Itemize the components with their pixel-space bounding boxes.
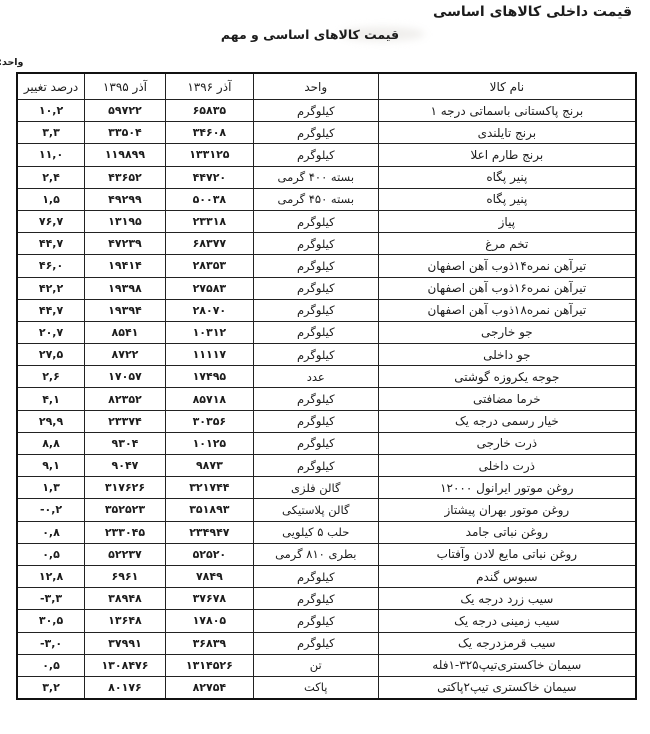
- table-row: ذرت خارجی کیلوگرم ۱۰۱۲۵ ۹۳۰۴ ۸,۸: [17, 432, 636, 454]
- cell-product-name: تیرآهن نمره۱۴ذوب آهن اصفهان: [378, 255, 636, 277]
- cell-price-azar-1396: ۲۷۵۸۳: [165, 277, 253, 299]
- table-row: سیب قرمزدرجه یک کیلوگرم ۳۶۸۳۹ ۳۷۹۹۱ -۳,۰: [17, 632, 636, 654]
- table-row: برنج تایلندی کیلوگرم ۳۴۶۰۸ ۳۳۵۰۴ ۳,۳: [17, 122, 636, 144]
- cell-price-azar-1395: ۲۳۳۰۴۵: [85, 521, 166, 543]
- unit-note: واحد: ریال: [0, 57, 54, 68]
- page-subtitle: قیمت کالاهای اساسی و مهم: [0, 27, 620, 42]
- cell-unit: کیلوگرم: [253, 122, 378, 144]
- cell-price-azar-1395: ۱۹۳۹۸: [85, 277, 166, 299]
- cell-price-azar-1395: ۸۲۳۵۲: [85, 388, 166, 410]
- cell-unit: کیلوگرم: [253, 610, 378, 632]
- cell-price-azar-1395: ۳۱۷۶۲۶: [85, 477, 166, 499]
- cell-product-name: سیمان خاکستری تیپ۲پاکتی: [378, 676, 636, 699]
- cell-unit: بطری ۸۱۰ گرمی: [253, 543, 378, 565]
- cell-product-name: برنج طارم اعلا: [378, 144, 636, 166]
- cell-price-azar-1395: ۸۵۴۱: [85, 321, 166, 343]
- cell-percent-change: ۲,۶: [17, 366, 85, 388]
- cell-price-azar-1395: ۹۰۴۷: [85, 455, 166, 477]
- cell-product-name: جوجه یکروزه گوشتی: [378, 366, 636, 388]
- cell-unit: کیلوگرم: [253, 565, 378, 587]
- cell-price-azar-1396: ۷۸۴۹: [165, 565, 253, 587]
- cell-price-azar-1396: ۱۰۳۱۲: [165, 321, 253, 343]
- cell-price-azar-1396: ۹۸۷۳: [165, 455, 253, 477]
- cell-percent-change: ۹,۱: [17, 455, 85, 477]
- cell-price-azar-1396: ۴۴۷۲۰: [165, 166, 253, 188]
- cell-price-azar-1395: ۸۷۲۲: [85, 344, 166, 366]
- cell-product-name: جو خارجی: [378, 321, 636, 343]
- price-table: نام کالا واحد آذر ۱۳۹۶ آذر ۱۳۹۵ درصد تغی…: [16, 72, 637, 700]
- cell-product-name: تخم مرغ: [378, 233, 636, 255]
- cell-unit: کیلوگرم: [253, 344, 378, 366]
- cell-price-azar-1396: ۳۰۳۵۶: [165, 410, 253, 432]
- table-row: جو داخلی کیلوگرم ۱۱۱۱۷ ۸۷۲۲ ۲۷,۵: [17, 344, 636, 366]
- cell-unit: کیلوگرم: [253, 100, 378, 122]
- cell-percent-change: ۰,۵: [17, 543, 85, 565]
- cell-price-azar-1395: ۱۳۶۴۸: [85, 610, 166, 632]
- cell-price-azar-1396: ۳۵۱۸۹۳: [165, 499, 253, 521]
- table-row: خیار رسمی درجه یک کیلوگرم ۳۰۳۵۶ ۲۳۳۷۴ ۲۹…: [17, 410, 636, 432]
- cell-product-name: روغن نباتی جامد: [378, 521, 636, 543]
- table-row: روغن موتور بهران پیشتاز گالن پلاستیکی ۳۵…: [17, 499, 636, 521]
- cell-price-azar-1396: ۱۳۳۱۲۵: [165, 144, 253, 166]
- cell-price-azar-1396: ۲۳۳۱۸: [165, 210, 253, 232]
- cell-price-azar-1396: ۸۵۷۱۸: [165, 388, 253, 410]
- cell-product-name: روغن نباتی مایع لادن وآفتاب: [378, 543, 636, 565]
- cell-unit: گالن پلاستیکی: [253, 499, 378, 521]
- cell-percent-change: ۲۷,۵: [17, 344, 85, 366]
- cell-price-azar-1396: ۳۲۱۷۴۴: [165, 477, 253, 499]
- table-row: روغن نباتی مایع لادن وآفتاب بطری ۸۱۰ گرم…: [17, 543, 636, 565]
- cell-unit: کیلوگرم: [253, 210, 378, 232]
- table-row: پنیر پگاه بسته ۴۰۰ گرمی ۴۴۷۲۰ ۴۳۶۵۲ ۲,۴: [17, 166, 636, 188]
- cell-price-azar-1396: ۱۱۱۱۷: [165, 344, 253, 366]
- cell-product-name: روغن موتور بهران پیشتاز: [378, 499, 636, 521]
- cell-unit: بسته ۴۵۰ گرمی: [253, 188, 378, 210]
- cell-unit: کیلوگرم: [253, 432, 378, 454]
- cell-percent-change: -۳,۰: [17, 632, 85, 654]
- cell-price-azar-1396: ۲۸۳۵۳: [165, 255, 253, 277]
- table-row: برنج پاکستانی باسماتی درجه ۱ کیلوگرم ۶۵۸…: [17, 100, 636, 122]
- cell-percent-change: ۰,۵: [17, 654, 85, 676]
- cell-price-azar-1395: ۱۳۱۹۵: [85, 210, 166, 232]
- cell-percent-change: ۱۰,۲: [17, 100, 85, 122]
- cell-unit: کیلوگرم: [253, 388, 378, 410]
- cell-percent-change: ۳,۲: [17, 676, 85, 699]
- cell-price-azar-1395: ۱۱۹۸۹۹: [85, 144, 166, 166]
- cell-percent-change: ۱۱,۰: [17, 144, 85, 166]
- cell-percent-change: ۲,۴: [17, 166, 85, 188]
- table-body: برنج پاکستانی باسماتی درجه ۱ کیلوگرم ۶۵۸…: [17, 100, 636, 700]
- cell-percent-change: ۱,۳: [17, 477, 85, 499]
- cell-percent-change: ۳,۳: [17, 122, 85, 144]
- table-row: سیب زمینی درجه یک کیلوگرم ۱۷۸۰۵ ۱۳۶۴۸ ۳۰…: [17, 610, 636, 632]
- table-row: خرما مضافتی کیلوگرم ۸۵۷۱۸ ۸۲۳۵۲ ۴,۱: [17, 388, 636, 410]
- cell-unit: کیلوگرم: [253, 632, 378, 654]
- cell-unit: کیلوگرم: [253, 233, 378, 255]
- table-row: روغن موتور ایرانول ۱۲۰۰۰ گالن فلزی ۳۲۱۷۴…: [17, 477, 636, 499]
- cell-price-azar-1395: ۳۷۹۹۱: [85, 632, 166, 654]
- cell-price-azar-1396: ۱۷۸۰۵: [165, 610, 253, 632]
- col-header-azar-1396: آذر ۱۳۹۶: [165, 73, 253, 100]
- cell-percent-change: -۳,۳: [17, 588, 85, 610]
- cell-price-azar-1395: ۳۳۵۰۴: [85, 122, 166, 144]
- cell-product-name: پیاز: [378, 210, 636, 232]
- cell-price-azar-1396: ۶۸۳۷۷: [165, 233, 253, 255]
- cell-unit: حلب ۵ کیلویی: [253, 521, 378, 543]
- cell-product-name: جو داخلی: [378, 344, 636, 366]
- table-row: تیرآهن نمره۱۸ذوب آهن اصفهان کیلوگرم ۲۸۰۷…: [17, 299, 636, 321]
- cell-price-azar-1396: ۱۰۱۲۵: [165, 432, 253, 454]
- cell-percent-change: ۴۴,۷: [17, 233, 85, 255]
- cell-product-name: ذرت خارجی: [378, 432, 636, 454]
- table-row: سیمان خاکستری‌تیپ۳۲۵-۱فله تن ۱۳۱۴۵۲۶ ۱۳۰…: [17, 654, 636, 676]
- cell-product-name: تیرآهن نمره۱۶ذوب آهن اصفهان: [378, 277, 636, 299]
- cell-unit: کیلوگرم: [253, 255, 378, 277]
- page-title: قیمت داخلی کالاهای اساسی: [433, 4, 632, 20]
- cell-price-azar-1396: ۳۴۶۰۸: [165, 122, 253, 144]
- cell-product-name: پنیر پگاه: [378, 188, 636, 210]
- cell-price-azar-1396: ۱۳۱۴۵۲۶: [165, 654, 253, 676]
- cell-percent-change: ۸,۸: [17, 432, 85, 454]
- cell-product-name: سیب زمینی درجه یک: [378, 610, 636, 632]
- cell-product-name: تیرآهن نمره۱۸ذوب آهن اصفهان: [378, 299, 636, 321]
- table-row: سیب زرد درجه یک کیلوگرم ۳۷۶۷۸ ۳۸۹۴۸ -۳,۳: [17, 588, 636, 610]
- cell-percent-change: -۰,۲: [17, 499, 85, 521]
- col-header-product-name: نام کالا: [378, 73, 636, 100]
- cell-percent-change: ۴۶,۰: [17, 255, 85, 277]
- cell-unit: تن: [253, 654, 378, 676]
- cell-percent-change: ۴,۱: [17, 388, 85, 410]
- cell-unit: کیلوگرم: [253, 321, 378, 343]
- cell-price-azar-1396: ۵۲۵۲۰: [165, 543, 253, 565]
- cell-price-azar-1396: ۵۰۰۳۸: [165, 188, 253, 210]
- cell-product-name: خیار رسمی درجه یک: [378, 410, 636, 432]
- cell-unit: کیلوگرم: [253, 299, 378, 321]
- cell-price-azar-1395: ۴۷۲۳۹: [85, 233, 166, 255]
- document-page: قیمت داخلی کالاهای اساسی قیمت کالاهای اس…: [0, 0, 650, 734]
- cell-percent-change: ۴۴,۷: [17, 299, 85, 321]
- cell-product-name: پنیر پگاه: [378, 166, 636, 188]
- cell-product-name: ذرت داخلی: [378, 455, 636, 477]
- cell-price-azar-1395: ۱۹۴۱۴: [85, 255, 166, 277]
- cell-unit: پاکت: [253, 676, 378, 699]
- col-header-unit: واحد: [253, 73, 378, 100]
- col-header-azar-1395: آذر ۱۳۹۵: [85, 73, 166, 100]
- cell-product-name: سیب قرمزدرجه یک: [378, 632, 636, 654]
- cell-percent-change: ۴۲,۲: [17, 277, 85, 299]
- cell-percent-change: ۳۰,۵: [17, 610, 85, 632]
- cell-price-azar-1395: ۲۳۳۷۴: [85, 410, 166, 432]
- cell-unit: عدد: [253, 366, 378, 388]
- cell-product-name: سیب زرد درجه یک: [378, 588, 636, 610]
- cell-price-azar-1395: ۱۷۰۵۷: [85, 366, 166, 388]
- table-row: ذرت داخلی کیلوگرم ۹۸۷۳ ۹۰۴۷ ۹,۱: [17, 455, 636, 477]
- cell-unit: کیلوگرم: [253, 455, 378, 477]
- cell-unit: کیلوگرم: [253, 588, 378, 610]
- cell-price-azar-1395: ۴۹۲۹۹: [85, 188, 166, 210]
- table-row: جوجه یکروزه گوشتی عدد ۱۷۴۹۵ ۱۷۰۵۷ ۲,۶: [17, 366, 636, 388]
- cell-percent-change: ۱۲,۸: [17, 565, 85, 587]
- col-header-percent-change: درصد تغییر: [17, 73, 85, 100]
- cell-unit: بسته ۴۰۰ گرمی: [253, 166, 378, 188]
- cell-product-name: برنج تایلندی: [378, 122, 636, 144]
- cell-price-azar-1395: ۱۳۰۸۴۷۶: [85, 654, 166, 676]
- cell-percent-change: ۲۰,۷: [17, 321, 85, 343]
- cell-price-azar-1395: ۸۰۱۷۶: [85, 676, 166, 699]
- cell-price-azar-1396: ۳۷۶۷۸: [165, 588, 253, 610]
- cell-price-azar-1395: ۹۳۰۴: [85, 432, 166, 454]
- cell-product-name: سبوس گندم: [378, 565, 636, 587]
- cell-product-name: روغن موتور ایرانول ۱۲۰۰۰: [378, 477, 636, 499]
- cell-price-azar-1396: ۲۳۴۹۴۷: [165, 521, 253, 543]
- table-row: پنیر پگاه بسته ۴۵۰ گرمی ۵۰۰۳۸ ۴۹۲۹۹ ۱,۵: [17, 188, 636, 210]
- cell-percent-change: ۲۹,۹: [17, 410, 85, 432]
- cell-percent-change: ۱,۵: [17, 188, 85, 210]
- table-header-row: نام کالا واحد آذر ۱۳۹۶ آذر ۱۳۹۵ درصد تغی…: [17, 73, 636, 100]
- table-row: برنج طارم اعلا کیلوگرم ۱۳۳۱۲۵ ۱۱۹۸۹۹ ۱۱,…: [17, 144, 636, 166]
- cell-percent-change: ۰,۸: [17, 521, 85, 543]
- table-row: پیاز کیلوگرم ۲۳۳۱۸ ۱۳۱۹۵ ۷۶,۷: [17, 210, 636, 232]
- cell-price-azar-1395: ۶۹۶۱: [85, 565, 166, 587]
- cell-product-name: سیمان خاکستری‌تیپ۳۲۵-۱فله: [378, 654, 636, 676]
- cell-price-azar-1395: ۱۹۳۹۴: [85, 299, 166, 321]
- table-row: سیمان خاکستری تیپ۲پاکتی پاکت ۸۲۷۵۴ ۸۰۱۷۶…: [17, 676, 636, 699]
- cell-price-azar-1395: ۴۳۶۵۲: [85, 166, 166, 188]
- cell-price-azar-1396: ۳۶۸۳۹: [165, 632, 253, 654]
- cell-price-azar-1396: ۲۸۰۷۰: [165, 299, 253, 321]
- cell-price-azar-1396: ۶۵۸۳۵: [165, 100, 253, 122]
- cell-percent-change: ۷۶,۷: [17, 210, 85, 232]
- cell-unit: کیلوگرم: [253, 144, 378, 166]
- cell-product-name: برنج پاکستانی باسماتی درجه ۱: [378, 100, 636, 122]
- cell-price-azar-1395: ۳۵۲۵۲۳: [85, 499, 166, 521]
- cell-unit: گالن فلزی: [253, 477, 378, 499]
- table-row: سبوس گندم کیلوگرم ۷۸۴۹ ۶۹۶۱ ۱۲,۸: [17, 565, 636, 587]
- cell-price-azar-1396: ۸۲۷۵۴: [165, 676, 253, 699]
- cell-price-azar-1395: ۳۸۹۴۸: [85, 588, 166, 610]
- cell-price-azar-1395: ۵۹۷۲۲: [85, 100, 166, 122]
- table-row: تخم مرغ کیلوگرم ۶۸۳۷۷ ۴۷۲۳۹ ۴۴,۷: [17, 233, 636, 255]
- table-row: تیرآهن نمره۱۶ذوب آهن اصفهان کیلوگرم ۲۷۵۸…: [17, 277, 636, 299]
- cell-product-name: خرما مضافتی: [378, 388, 636, 410]
- table-row: روغن نباتی جامد حلب ۵ کیلویی ۲۳۴۹۴۷ ۲۳۳۰…: [17, 521, 636, 543]
- cell-price-azar-1396: ۱۷۴۹۵: [165, 366, 253, 388]
- table-header: نام کالا واحد آذر ۱۳۹۶ آذر ۱۳۹۵ درصد تغی…: [17, 73, 636, 100]
- table-row: تیرآهن نمره۱۴ذوب آهن اصفهان کیلوگرم ۲۸۳۵…: [17, 255, 636, 277]
- table-row: جو خارجی کیلوگرم ۱۰۳۱۲ ۸۵۴۱ ۲۰,۷: [17, 321, 636, 343]
- cell-price-azar-1395: ۵۲۲۳۷: [85, 543, 166, 565]
- cell-unit: کیلوگرم: [253, 410, 378, 432]
- cell-unit: کیلوگرم: [253, 277, 378, 299]
